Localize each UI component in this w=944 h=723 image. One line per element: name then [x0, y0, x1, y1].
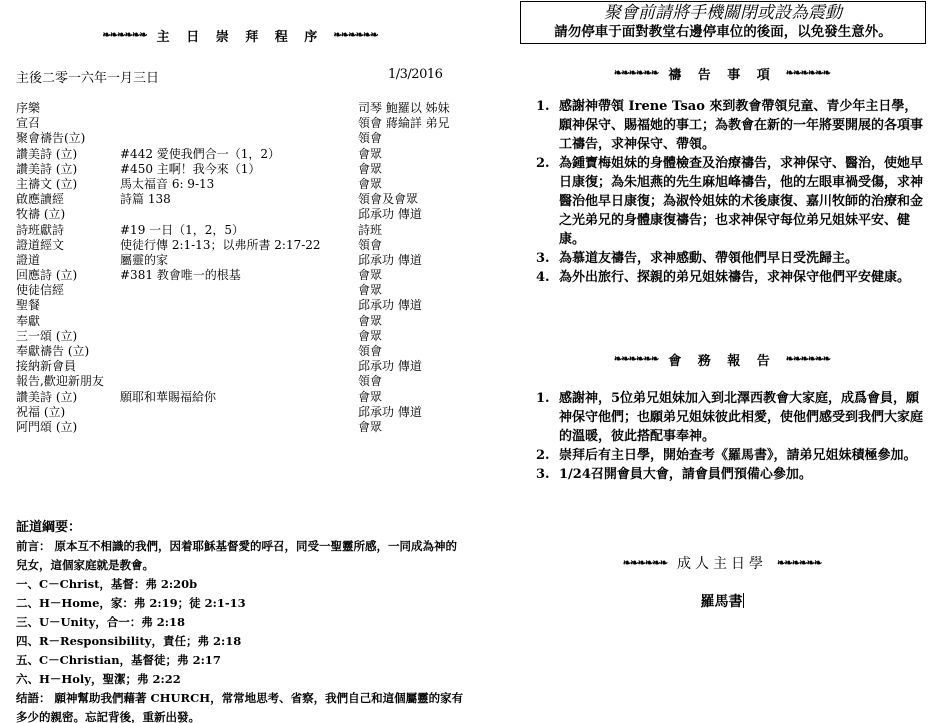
order-leader: 會眾: [358, 283, 382, 298]
order-item: 啟應讀經: [16, 192, 64, 207]
sunday-school-title: 成人主日學: [677, 556, 767, 572]
order-item: 讚美詩 (立): [16, 147, 77, 162]
sermon-outline-line: 前言： 原本互不相識的我們，因着耶穌基督愛的呼召，同受一聖靈所感，一同成為神的兒…: [16, 537, 466, 575]
order-row: 牧禱 (立)邱承功 傳道: [16, 207, 476, 222]
prayer-item: 2.為鍾寶梅姐妹的身體檢查及治療禱告，求神保守、醫治，使她早日康復；為朱旭燕的先…: [536, 154, 926, 249]
sermon-outline-line: 五、C－Christian，基督徒；弗 2:17: [16, 651, 466, 670]
list-text: 為鍾寶梅姐妹的身體檢查及治療禱告，求神保守、醫治，使她早日康復；為朱旭燕的先生麻…: [559, 156, 923, 247]
order-detail: 詩篇 138: [120, 192, 171, 207]
order-item: 宣召: [16, 116, 40, 131]
order-row: 祝福 (立)邱承功 傳道: [16, 405, 476, 420]
sermon-outline-line: 一、C－Christ，基督：弗 2:20b: [16, 575, 466, 594]
order-item: 主禱文 (立): [16, 177, 77, 192]
ornament-icon: ❧❧❧❧❧❧: [614, 354, 658, 365]
list-text: 為慕道友禱告，求神感動、帶領他們早日受洗歸主。: [559, 251, 858, 266]
order-row: 阿門頌 (立)會眾: [16, 420, 476, 435]
order-leader: 會眾: [358, 162, 382, 177]
list-number: 3.: [536, 465, 550, 484]
list-number: 4.: [536, 268, 550, 287]
report-item: 2.崇拜后有主日學，開始查考《羅馬書》，請弟兄姐妹積極參加。: [536, 446, 926, 465]
order-row: 宣召領會 蔣綸詳 弟兄: [16, 116, 476, 131]
order-row: 讚美詩 (立)願耶和華賜福給你會眾: [16, 390, 476, 405]
order-item: 奉獻: [16, 314, 40, 329]
order-leader: 邱承功 傳道: [358, 405, 422, 420]
prayer-heading: ❧❧❧❧❧❧禱 告 事 項❧❧❧❧❧❧: [550, 64, 894, 83]
order-item: 聖餐: [16, 298, 40, 313]
order-detail: 馬太福音 6: 9-13: [120, 177, 214, 192]
order-leader: 領會: [358, 131, 382, 146]
list-text: 感謝神，5位弟兄姐妹加入到北澤西教會大家庭，成爲會員，願神保守他們；也願弟兄姐妹…: [559, 391, 923, 444]
order-leader: 詩班: [358, 223, 382, 238]
order-detail: 使徒行傳 2:1-13；以弗所書 2:17-22: [120, 238, 321, 253]
prayer-item: 4.為外出旅行、探親的弟兄姐妹禱告，求神保守他們平安健康。: [536, 268, 926, 287]
order-leader: 邱承功 傳道: [358, 298, 422, 313]
order-item: 證道經文: [16, 238, 64, 253]
order-item: 回應詩 (立): [16, 268, 77, 283]
order-detail: 願耶和華賜福給你: [120, 390, 216, 405]
sermon-outline-line: 结語： 願神幫助我們藉著 CHURCH，常常地思考、省察，我們自己和這個屬靈的家…: [16, 689, 466, 723]
prayer-title: 禱 告 事 項: [668, 68, 776, 83]
notice-box: 聚會前請將手機關閉或設為震動 請勿停車于面對教堂右邊停車位的後面，以免發生意外。: [520, 1, 926, 44]
order-leader: 會眾: [358, 420, 382, 435]
order-item: 序樂: [16, 101, 40, 116]
order-item: 聚會禱告(立): [16, 131, 85, 146]
order-of-service: 序樂司琴 鮑羅以 姊妹宣召領會 蔣綸詳 弟兄聚會禱告(立)領會讚美詩 (立)#4…: [16, 101, 476, 435]
report-title: 會 務 報 告: [668, 354, 776, 369]
sermon-outline-line: 三、U－Unity，合一：弗 2:18: [16, 613, 466, 632]
order-item: 詩班獻詩: [16, 223, 64, 238]
order-leader: 司琴 鮑羅以 姊妹: [358, 101, 450, 116]
order-item: 讚美詩 (立): [16, 390, 77, 405]
order-leader: 會眾: [358, 314, 382, 329]
order-row: 使徒信經會眾: [16, 283, 476, 298]
worship-order-heading: ❧❧❧❧❧❧主 日 崇 拜 程 序❧❧❧❧❧❧: [90, 26, 390, 45]
list-number: 3.: [536, 249, 550, 268]
text-cursor: [743, 593, 744, 608]
order-leader: 邱承功 傳道: [358, 359, 422, 374]
list-text: 1/24召開會員大會，請會員們預備心參加。: [559, 467, 812, 482]
order-detail: #450 主啊！我今來（1）: [120, 162, 260, 177]
order-leader: 領會 蔣綸詳 弟兄: [358, 116, 450, 131]
order-row: 接納新會員邱承功 傳道: [16, 359, 476, 374]
prayer-item: 1.感謝神帶領 Irene Tsao 來到教會帶領兒童、青少年主日學，願神保守、…: [536, 97, 926, 154]
ornament-icon: ❧❧❧❧❧❧: [786, 68, 830, 79]
list-number: 1.: [536, 97, 550, 116]
order-leader: 領會及會眾: [358, 192, 418, 207]
order-leader: 邱承功 傳道: [358, 207, 422, 222]
order-row: 序樂司琴 鮑羅以 姊妹: [16, 101, 476, 116]
order-leader: 會眾: [358, 268, 382, 283]
order-item: 奉獻禱告 (立): [16, 344, 89, 359]
order-leader: 邱承功 傳道: [358, 253, 422, 268]
list-text: 感謝神帶領 Irene Tsao 來到教會帶領兒童、青少年主日學，願神保守、賜福…: [559, 99, 923, 152]
order-item: 使徒信經: [16, 283, 64, 298]
order-row: 證道經文使徒行傳 2:1-13；以弗所書 2:17-22領會: [16, 238, 476, 253]
sunday-school-book[interactable]: 羅馬書: [701, 594, 743, 610]
order-leader: 領會: [358, 374, 382, 389]
ornament-icon: ❧❧❧❧❧❧: [786, 354, 830, 365]
order-row: 詩班獻詩#19 一日（1，2，5）詩班: [16, 223, 476, 238]
report-list: 1.感謝神，5位弟兄姐妹加入到北澤西教會大家庭，成爲會員，願神保守他們；也願弟兄…: [536, 389, 926, 484]
prayer-list: 1.感謝神帶領 Irene Tsao 來到教會帶領兒童、青少年主日學，願神保守、…: [536, 97, 926, 287]
order-leader: 會眾: [358, 177, 382, 192]
list-number: 2.: [536, 446, 550, 465]
order-row: 啟應讀經詩篇 138領會及會眾: [16, 192, 476, 207]
sunday-school-book-line[interactable]: 羅馬書: [500, 591, 944, 611]
prayer-item: 3.為慕道友禱告，求神感動、帶領他們早日受洗歸主。: [536, 249, 926, 268]
list-text: 崇拜后有主日學，開始查考《羅馬書》，請弟兄姐妹積極參加。: [559, 448, 917, 463]
parking-notice: 請勿停車于面對教堂右邊停車位的後面，以免發生意外。: [521, 23, 925, 41]
order-item: 證道: [16, 253, 40, 268]
order-leader: 領會: [358, 344, 382, 359]
list-number: 2.: [536, 154, 550, 173]
order-item: 祝福 (立): [16, 405, 65, 420]
order-leader: 會眾: [358, 329, 382, 344]
order-detail: 屬靈的家: [120, 253, 168, 268]
order-item: 報告,歡迎新朋友: [16, 374, 104, 389]
sermon-outline-line: 四、R－Responsibility，責任；弗 2:18: [16, 632, 466, 651]
sermon-outline-line: 六、H－Holy，聖潔；弗 2:22: [16, 670, 466, 689]
sermon-outline-line: 二、H－Home，家：弗 2:19；徒 2:1-13: [16, 594, 466, 613]
order-item: 牧禱 (立): [16, 207, 65, 222]
order-row: 聚會禱告(立)領會: [16, 131, 476, 146]
order-row: 奉獻會眾: [16, 314, 476, 329]
order-detail: #442 愛使我們合一（1，2）: [120, 147, 280, 162]
order-row: 讚美詩 (立)#450 主啊！我今來（1）會眾: [16, 162, 476, 177]
sermon-outline: 証道綱要： 前言： 原本互不相識的我們，因着耶穌基督愛的呼召，同受一聖靈所感，一…: [16, 518, 466, 723]
date-chinese: 主後二零一六年一月三日: [16, 71, 159, 86]
ornament-icon: ❧❧❧❧❧❧: [777, 558, 821, 569]
worship-order-page: ❧❧❧❧❧❧主 日 崇 拜 程 序❧❧❧❧❧❧ 主後二零一六年一月三日 1/3/…: [0, 0, 480, 723]
announcements-page: 聚會前請將手機關閉或設為震動 請勿停車于面對教堂右邊停車位的後面，以免發生意外。…: [500, 0, 944, 723]
worship-order-title: 主 日 崇 拜 程 序: [157, 30, 324, 45]
ornament-icon: ❧❧❧❧❧❧: [333, 30, 377, 41]
order-detail: #381 教會唯一的根基: [120, 268, 241, 283]
ornament-icon: ❧❧❧❧❧❧: [102, 30, 146, 41]
order-detail: #19 一日（1，2，5）: [120, 223, 244, 238]
list-text: 為外出旅行、探親的弟兄姐妹禱告，求神保守他們平安健康。: [559, 270, 910, 285]
report-item: 3.1/24召開會員大會，請會員們預備心參加。: [536, 465, 926, 484]
order-item: 接納新會員: [16, 359, 76, 374]
sunday-school-heading: ❧❧❧❧❧❧成人主日學❧❧❧❧❧❧: [550, 553, 894, 573]
date-numeric: 1/3/2016: [388, 67, 442, 82]
report-heading: ❧❧❧❧❧❧會 務 報 告❧❧❧❧❧❧: [550, 350, 894, 369]
order-row: 聖餐邱承功 傳道: [16, 298, 476, 313]
sermon-outline-heading: 証道綱要：: [16, 518, 466, 537]
order-item: 讚美詩 (立): [16, 162, 77, 177]
date-line: 主後二零一六年一月三日 1/3/2016: [16, 67, 444, 86]
order-item: 阿門頌 (立): [16, 420, 77, 435]
ornament-icon: ❧❧❧❧❧❧: [623, 558, 667, 569]
order-leader: 會眾: [358, 390, 382, 405]
report-item: 1.感謝神，5位弟兄姐妹加入到北澤西教會大家庭，成爲會員，願神保守他們；也願弟兄…: [536, 389, 926, 446]
order-row: 主禱文 (立)馬太福音 6: 9-13會眾: [16, 177, 476, 192]
ornament-icon: ❧❧❧❧❧❧: [614, 68, 658, 79]
order-row: 奉獻禱告 (立)領會: [16, 344, 476, 359]
order-row: 報告,歡迎新朋友領會: [16, 374, 476, 389]
order-item: 三一頌 (立): [16, 329, 77, 344]
phone-notice: 聚會前請將手機關閉或設為震動: [521, 3, 925, 23]
order-leader: 領會: [358, 238, 382, 253]
list-number: 1.: [536, 389, 550, 408]
order-leader: 會眾: [358, 147, 382, 162]
order-row: 讚美詩 (立)#442 愛使我們合一（1，2）會眾: [16, 147, 476, 162]
order-row: 三一頌 (立)會眾: [16, 329, 476, 344]
order-row: 回應詩 (立)#381 教會唯一的根基會眾: [16, 268, 476, 283]
order-row: 證道屬靈的家邱承功 傳道: [16, 253, 476, 268]
